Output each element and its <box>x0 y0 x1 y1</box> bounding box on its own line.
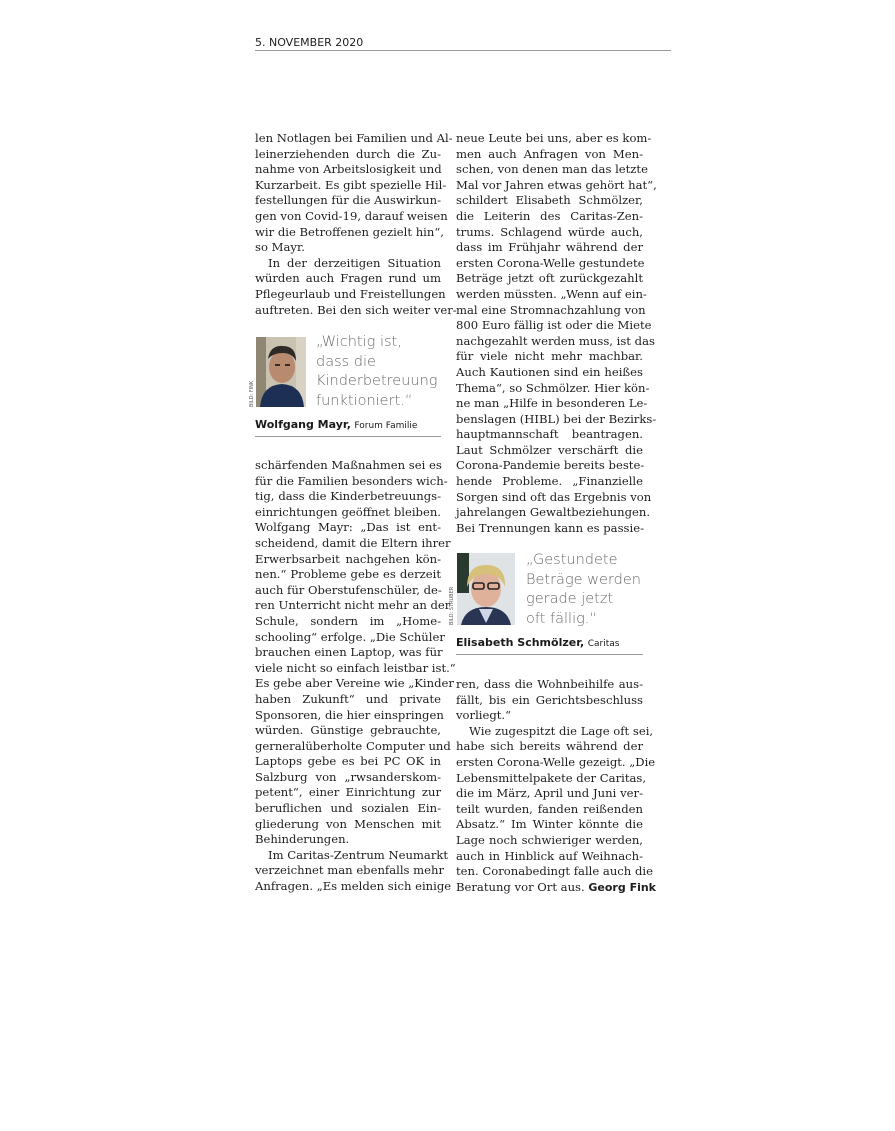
article-line: auch für Oberstufenschüler, de- <box>255 583 441 599</box>
article-line: Salzburg von „rwsanderskom- <box>255 770 441 786</box>
article-line: Anfragen. „Es melden sich einige <box>255 879 441 895</box>
article-line: tig, dass die Kinderbetreuungs- <box>255 489 441 505</box>
right-column-top: neue Leute bei uns, aber es kom-men auch… <box>456 131 643 536</box>
article-line: schärfenden Maßnahmen sei es <box>255 458 441 474</box>
article-line: Lebensmittelpakete der Caritas, <box>456 771 643 787</box>
article-line: gen von Covid-19, darauf weisen <box>255 209 441 225</box>
article-line: verzeichnet man ebenfalls mehr <box>255 863 441 879</box>
photo-credit: BILD: STRUBER <box>449 587 455 625</box>
article-line: hende Probleme. „Finanzielle <box>456 474 643 490</box>
article-line: Sponsoren, die hier einspringen <box>255 708 441 724</box>
article-line: Auch Kautionen sind ein heißes <box>456 365 643 381</box>
article-line: festellungen für die Auswirkun- <box>255 193 441 209</box>
article-line: ren, dass die Wohnbeihilfe aus- <box>456 677 643 693</box>
article-line: Kurzarbeit. Es gibt spezielle Hil- <box>255 178 441 194</box>
article-line: ten. Coronabedingt falle auch die <box>456 864 643 880</box>
article-line: ersten Corona-Welle gezeigt. „Die <box>456 755 643 771</box>
portrait-photo-mayr <box>256 337 306 407</box>
author-signature: Georg Fink <box>588 881 656 894</box>
article-line: viele nicht so einfach leistbar ist.“ <box>255 661 441 677</box>
article-line: schildert Elisabeth Schmölzer, <box>456 193 643 209</box>
article-line: beruflichen und sozialen Ein- <box>255 801 441 817</box>
pull-quote-text: „Gestundete Beträge werden gerade jetzt … <box>526 551 641 629</box>
article-line: Beträge jetzt oft zurückgezahlt <box>456 271 643 287</box>
article-line: Es gebe aber Vereine wie „Kinder <box>255 676 441 692</box>
article-line: Schule, sondern im „Home- <box>255 614 441 630</box>
article-line: Wie zugespitzt die Lage oft sei, <box>456 724 643 740</box>
header-date: 5. NOVEMBER 2020 <box>255 36 363 49</box>
article-line: werden müssten. „Wenn auf ein- <box>456 287 643 303</box>
left-column-top: len Notlagen bei Familien und Al-leinerz… <box>255 131 441 318</box>
article-line: nen.“ Probleme gebe es derzeit <box>255 567 441 583</box>
article-line: nachgezahlt werden muss, ist das <box>456 334 643 350</box>
article-line: len Notlagen bei Familien und Al- <box>255 131 441 147</box>
article-line: Absatz.“ Im Winter könnte die <box>456 817 643 833</box>
article-line: würden. Günstige gebrauchte, <box>255 723 441 739</box>
article-line: leinerziehenden durch die Zu- <box>255 147 441 163</box>
photo-credit: BILD: FINK <box>249 381 255 407</box>
pull-quote-author: Wolfgang Mayr, Forum Familie <box>255 418 417 431</box>
article-line: Laut Schmölzer verschärft die <box>456 443 643 459</box>
article-line: die im März, April und Juni ver- <box>456 786 643 802</box>
article-line: so Mayr. <box>255 240 441 256</box>
article-line: neue Leute bei uns, aber es kom- <box>456 131 643 147</box>
article-line: benslagen (HIBL) bei der Bezirks- <box>456 412 643 428</box>
article-line: trums. Schlagend würde auch, <box>456 225 643 241</box>
article-line: auch in Hinblick auf Weihnach- <box>456 849 643 865</box>
article-line: ne man „Hilfe in besonderen Le- <box>456 396 643 412</box>
article-line: Sorgen sind oft das Ergebnis von <box>456 490 643 506</box>
article-line: schen, von denen man das letzte <box>456 162 643 178</box>
article-line: teilt wurden, fanden reißenden <box>456 802 643 818</box>
article-line: dass im Frühjahr während der <box>456 240 643 256</box>
article-line: ersten Corona-Welle gestundete <box>456 256 643 272</box>
article-line: auftreten. Bei den sich weiter ver- <box>255 303 441 319</box>
quote-divider <box>255 436 441 437</box>
article-final-line: Beratung vor Ort aus. Georg Fink <box>456 880 643 896</box>
article-line: 800 Euro fällig ist oder die Miete <box>456 318 643 334</box>
article-line: men auch Anfragen von Men- <box>456 147 643 163</box>
left-column-bottom: schärfenden Maßnahmen sei esfür die Fami… <box>255 458 441 895</box>
article-line: vorliegt.“ <box>456 708 643 724</box>
article-line: fällt, bis ein Gerichtsbeschluss <box>456 693 643 709</box>
article-line: Thema“, so Schmölzer. Hier kön- <box>456 381 643 397</box>
article-line: würden auch Fragen rund um <box>255 271 441 287</box>
article-line: Laptops gebe es bei PC OK in <box>255 754 441 770</box>
article-line: Pflegeurlaub und Freistellungen <box>255 287 441 303</box>
article-line: scheidend, damit die Eltern ihrer <box>255 536 441 552</box>
article-line: mal eine Stromnachzahlung von <box>456 303 643 319</box>
article-line: schooling“ erfolge. „Die Schüler <box>255 630 441 646</box>
article-line: für viele nicht mehr machbar. <box>456 349 643 365</box>
article-line: hauptmannschaft beantragen. <box>456 427 643 443</box>
pull-quote-mayr: BILD: FINK „Wichtig ist, dass die Kinder… <box>249 337 437 437</box>
article-line: einrichtungen geöffnet bleiben. <box>255 505 441 521</box>
article-line: für die Familien besonders wich- <box>255 474 441 490</box>
pull-quote-schmoelzer: BILD: STRUBER „Gestundete Beträge werden… <box>449 553 637 653</box>
article-line: Bei Trennungen kann es passie- <box>456 521 643 537</box>
article-line: ren Unterricht nicht mehr an der <box>255 598 441 614</box>
article-line: Behinderungen. <box>255 832 441 848</box>
article-line: Wolfgang Mayr: „Das ist ent- <box>255 520 441 536</box>
article-line: gerneralüberholte Computer und <box>255 739 441 755</box>
pull-quote-author: Elisabeth Schmölzer, Caritas <box>456 636 619 649</box>
article-line: Im Caritas-Zentrum Neumarkt <box>255 848 441 864</box>
article-line: petent“, einer Einrichtung zur <box>255 785 441 801</box>
article-line: Lage noch schwieriger werden, <box>456 833 643 849</box>
article-line: wir die Betroffenen gezielt hin“, <box>255 225 441 241</box>
article-line: haben Zukunft“ und private <box>255 692 441 708</box>
article-line: Erwerbsarbeit nachgehen kön- <box>255 552 441 568</box>
article-line: habe sich bereits während der <box>456 739 643 755</box>
article-line: Mal vor Jahren etwas gehört hat“, <box>456 178 643 194</box>
quote-divider <box>456 654 643 655</box>
article-line: die Leiterin des Caritas-Zen- <box>456 209 643 225</box>
article-line: nahme von Arbeitslosigkeit und <box>255 162 441 178</box>
portrait-photo-schmoelzer <box>457 553 515 625</box>
article-line: Corona-Pandemie bereits beste- <box>456 458 643 474</box>
header-rule <box>255 50 671 51</box>
article-line: brauchen einen Laptop, was für <box>255 645 441 661</box>
pull-quote-text: „Wichtig ist, dass die Kinderbetreuung f… <box>316 333 437 411</box>
article-line: In der derzeitigen Situation <box>255 256 441 272</box>
article-line: gliederung von Menschen mit <box>255 817 441 833</box>
article-line: jahrelangen Gewaltbeziehungen. <box>456 505 643 521</box>
right-column-bottom: ren, dass die Wohnbeihilfe aus-fällt, bi… <box>456 677 643 895</box>
